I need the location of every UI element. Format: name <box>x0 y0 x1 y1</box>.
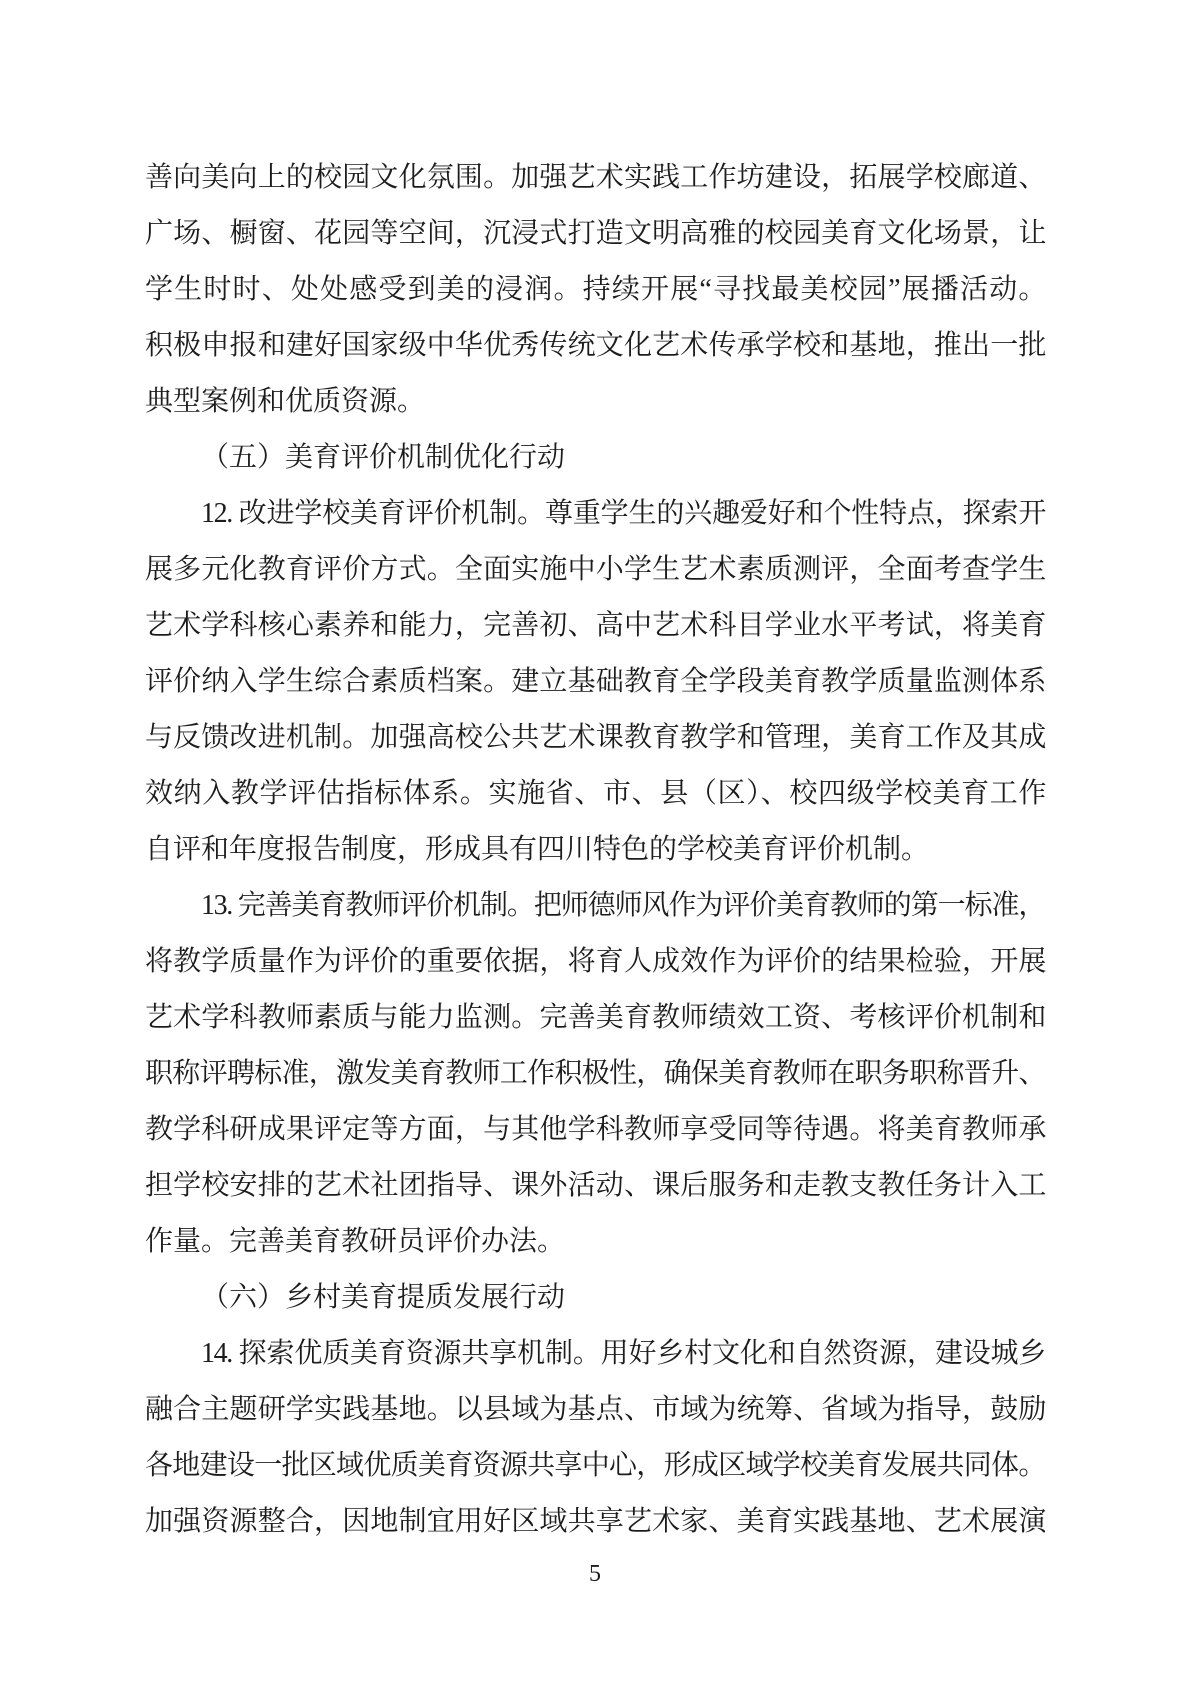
text-line: 广场、橱窗、花园等空间，沉浸式打造文明高雅的校园美育文化场景，让 <box>145 206 1045 262</box>
text-line: 作量。完善美育教研员评价办法。 <box>145 1214 1045 1270</box>
text-line: 教学科研成果评定等方面，与其他学科教师享受同等待遇。将美育教师承 <box>145 1102 1045 1158</box>
text-line: 12. 改进学校美育评价机制。尊重学生的兴趣爱好和个性特点，探索开 <box>145 486 1045 542</box>
text-line: 担学校安排的艺术社团指导、课外活动、课后服务和走教支教任务计入工 <box>145 1158 1045 1214</box>
document-page: 善向美向上的校园文化氛围。加强艺术实践工作坊建设，拓展学校廊道、 广场、橱窗、花… <box>0 0 1191 1684</box>
page-number: 5 <box>145 1556 1045 1592</box>
text-line: 融合主题研学实践基地。以县域为基点、市域为统筹、省域为指导，鼓励 <box>145 1382 1045 1438</box>
text-line: 积极申报和建好国家级中华优秀传统文化艺术传承学校和基地，推出一批 <box>145 318 1045 374</box>
document-body: 善向美向上的校园文化氛围。加强艺术实践工作坊建设，拓展学校廊道、 广场、橱窗、花… <box>145 150 1045 1550</box>
text-line: 善向美向上的校园文化氛围。加强艺术实践工作坊建设，拓展学校廊道、 <box>145 150 1045 206</box>
section-heading: （六）乡村美育提质发展行动 <box>145 1270 1045 1326</box>
text-line: 效纳入教学评估指标体系。实施省、市、县（区）、校四级学校美育工作 <box>145 766 1045 822</box>
text-line: 职称评聘标准，激发美育教师工作积极性，确保美育教师在职务职称晋升、 <box>145 1046 1045 1102</box>
text-line: 典型案例和优质资源。 <box>145 374 1045 430</box>
text-line: 13. 完善美育教师评价机制。把师德师风作为评价美育教师的第一标准， <box>145 878 1045 934</box>
text-line: 艺术学科核心素养和能力，完善初、高中艺术科目学业水平考试，将美育 <box>145 598 1045 654</box>
text-line: 14. 探索优质美育资源共享机制。用好乡村文化和自然资源，建设城乡 <box>145 1326 1045 1382</box>
section-heading: （五）美育评价机制优化行动 <box>145 430 1045 486</box>
text-line: 展多元化教育评价方式。全面实施中小学生艺术素质测评，全面考查学生 <box>145 542 1045 598</box>
text-line: 将教学质量作为评价的重要依据，将育人成效作为评价的结果检验，开展 <box>145 934 1045 990</box>
text-line: 评价纳入学生综合素质档案。建立基础教育全学段美育教学质量监测体系 <box>145 654 1045 710</box>
text-line: 加强资源整合，因地制宜用好区域共享艺术家、美育实践基地、艺术展演 <box>145 1494 1045 1550</box>
text-line: 与反馈改进机制。加强高校公共艺术课教育教学和管理，美育工作及其成 <box>145 710 1045 766</box>
text-line: 艺术学科教师素质与能力监测。完善美育教师绩效工资、考核评价机制和 <box>145 990 1045 1046</box>
text-line: 各地建设一批区域优质美育资源共享中心，形成区域学校美育发展共同体。 <box>145 1438 1045 1494</box>
text-line: 自评和年度报告制度，形成具有四川特色的学校美育评价机制。 <box>145 822 1045 878</box>
text-line: 学生时时、处处感受到美的浸润。持续开展“寻找最美校园”展播活动。 <box>145 262 1045 318</box>
